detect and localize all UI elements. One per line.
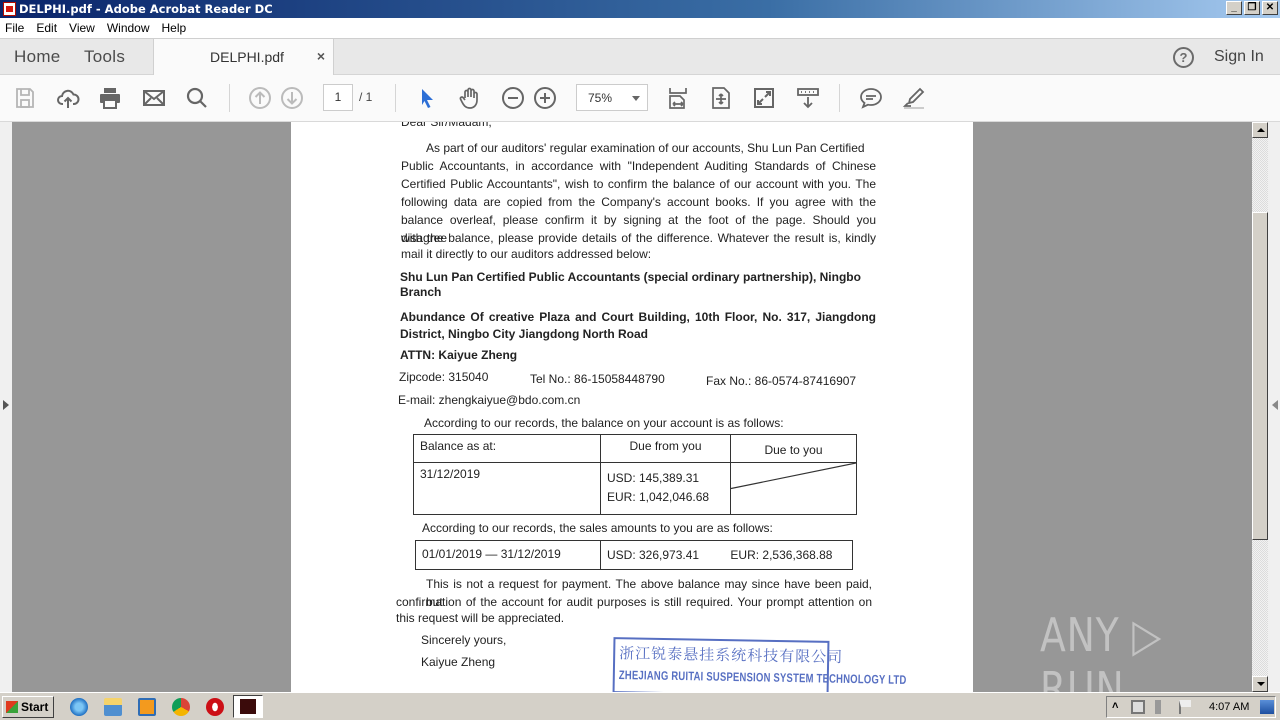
internet-explorer-icon[interactable] bbox=[70, 698, 88, 716]
toolbar-separator bbox=[839, 84, 840, 112]
select-cursor-icon[interactable] bbox=[414, 85, 440, 111]
auditor-address: Abundance Of creative Plaza and Court Bu… bbox=[400, 308, 876, 326]
salutation: Dear Sir/Madam, bbox=[401, 122, 492, 131]
email: E-mail: zhengkaiyue@bdo.com.cn bbox=[398, 391, 580, 409]
opera-icon[interactable] bbox=[206, 698, 224, 716]
search-icon[interactable] bbox=[184, 85, 210, 111]
page-number-input[interactable]: 1 bbox=[323, 84, 353, 111]
next-page-icon[interactable] bbox=[279, 85, 305, 111]
previous-page-icon[interactable] bbox=[247, 85, 273, 111]
zoom-level-dropdown[interactable]: 75% bbox=[576, 84, 648, 111]
toolbar-separator bbox=[395, 84, 396, 112]
sales-usd: USD: 326,973.41 bbox=[607, 548, 699, 562]
fit-page-icon[interactable] bbox=[708, 85, 734, 111]
auditor-name: Branch bbox=[400, 283, 441, 301]
menu-file[interactable]: File bbox=[0, 18, 30, 38]
zoom-in-icon[interactable] bbox=[532, 85, 558, 111]
scroll-mode-icon[interactable] bbox=[795, 85, 821, 111]
due-from-eur: EUR: 1,042,046.68 bbox=[607, 488, 724, 507]
sales-table: 01/01/2019 — 31/12/2019 USD: 326,973.41 … bbox=[415, 540, 853, 570]
show-hidden-icons-icon[interactable]: ˄ bbox=[1112, 700, 1118, 712]
scroll-down-button[interactable] bbox=[1252, 676, 1268, 692]
close-tab-icon[interactable]: × bbox=[317, 48, 325, 64]
scroll-up-button[interactable] bbox=[1252, 122, 1268, 138]
zipcode: Zipcode: 315040 bbox=[399, 368, 488, 386]
windows-flag-icon bbox=[6, 701, 18, 713]
sales-amounts: USD: 326,973.41 EUR: 2,536,368.88 bbox=[601, 541, 853, 570]
balance-date: 31/12/2019 bbox=[414, 463, 601, 515]
hand-tool-icon[interactable] bbox=[457, 85, 483, 111]
intro-line: Certified Public Accountants", wish to c… bbox=[401, 175, 876, 193]
stamp-chinese-text: 浙江锐泰悬挂系统科技有限公司 bbox=[619, 642, 843, 667]
action-center-flag-icon[interactable] bbox=[1179, 700, 1191, 714]
intro-line: As part of our auditors' regular examina… bbox=[426, 139, 876, 157]
company-stamp: 浙江锐泰悬挂系统科技有限公司 ZHEJIANG RUITAI SUSPENSIO… bbox=[613, 637, 830, 692]
sales-eur: EUR: 2,536,368.88 bbox=[730, 548, 832, 562]
show-desktop-icon[interactable] bbox=[1260, 700, 1274, 714]
balance-header-due-to: Due to you bbox=[731, 435, 857, 463]
balance-due-from: USD: 145,389.31 EUR: 1,042,046.68 bbox=[601, 463, 731, 515]
zoom-out-icon[interactable] bbox=[500, 85, 526, 111]
window-title: DELPHI.pdf - Adobe Acrobat Reader DC bbox=[19, 0, 273, 18]
acrobat-app-icon bbox=[3, 2, 16, 16]
page-total: / 1 bbox=[359, 90, 372, 104]
menu-help[interactable]: Help bbox=[156, 18, 193, 38]
intro-line: Public Accountants, in accordance with "… bbox=[401, 157, 876, 175]
toolbar: 1 / 1 75% bbox=[0, 75, 1280, 122]
scrollbar-thumb[interactable] bbox=[1252, 212, 1268, 540]
menu-view[interactable]: View bbox=[63, 18, 101, 38]
chevron-down-icon bbox=[632, 96, 640, 101]
acrobat-icon bbox=[240, 699, 256, 714]
taskbar-acrobat-button[interactable] bbox=[233, 695, 263, 718]
vertical-scrollbar[interactable] bbox=[1252, 122, 1268, 692]
arrow-up-icon bbox=[1257, 128, 1265, 132]
email-icon[interactable] bbox=[141, 85, 167, 111]
fax: Fax No.: 86-0574-87416907 bbox=[706, 372, 856, 390]
system-tray: ˄ 4:07 AM bbox=[1106, 696, 1276, 718]
balance-due-to-empty bbox=[731, 463, 857, 515]
network-warning-icon[interactable] bbox=[1131, 700, 1145, 714]
auditor-name: Shu Lun Pan Certified Public Accountants… bbox=[400, 268, 861, 286]
pdf-page: Dear Sir/Madam, As part of our auditors'… bbox=[291, 122, 973, 692]
comment-icon[interactable] bbox=[858, 85, 884, 111]
minimize-button[interactable]: _ bbox=[1226, 1, 1242, 15]
signer-name: Kaiyue Zheng bbox=[421, 653, 495, 671]
help-icon[interactable]: ? bbox=[1173, 47, 1194, 68]
balance-header-date: Balance as at: bbox=[414, 435, 601, 463]
volume-icon[interactable] bbox=[1155, 700, 1167, 714]
clock[interactable]: 4:07 AM bbox=[1209, 701, 1249, 713]
sign-in-link[interactable]: Sign In bbox=[1214, 48, 1264, 66]
left-panel-toggle-icon[interactable] bbox=[3, 400, 9, 410]
balance-header-due-from: Due from you bbox=[601, 435, 731, 463]
zoom-level-value: 75% bbox=[588, 91, 612, 105]
save-icon[interactable] bbox=[12, 85, 38, 111]
tab-bar: Home Tools DELPHI.pdf × ? Sign In bbox=[0, 38, 1280, 75]
sales-intro: According to our records, the sales amou… bbox=[422, 519, 773, 537]
closing-line: this request will be appreciated. bbox=[396, 609, 564, 627]
menu-window[interactable]: Window bbox=[101, 18, 156, 38]
menu-edit[interactable]: Edit bbox=[30, 18, 63, 38]
start-label: Start bbox=[21, 700, 48, 714]
sign-off: Sincerely yours, bbox=[421, 631, 506, 649]
taskbar: Start ˄ 4:07 AM bbox=[0, 692, 1280, 720]
media-player-icon[interactable] bbox=[138, 698, 156, 716]
document-viewer: Dear Sir/Madam, As part of our auditors'… bbox=[0, 122, 1280, 692]
upload-cloud-icon[interactable] bbox=[55, 85, 81, 111]
attention-line: ATTN: Kaiyue Zheng bbox=[400, 346, 517, 364]
tab-home[interactable]: Home bbox=[14, 39, 61, 75]
chrome-icon[interactable] bbox=[172, 698, 190, 716]
menu-bar: File Edit View Window Help bbox=[0, 18, 1280, 38]
highlight-pen-icon[interactable] bbox=[901, 85, 927, 111]
intro-line: mail it directly to our auditors address… bbox=[401, 245, 651, 263]
document-tab-label: DELPHI.pdf bbox=[210, 49, 284, 65]
restore-button[interactable]: ❐ bbox=[1244, 1, 1260, 15]
document-canvas: Dear Sir/Madam, As part of our auditors'… bbox=[12, 122, 1252, 692]
arrow-down-icon bbox=[1257, 682, 1265, 686]
start-button[interactable]: Start bbox=[2, 696, 54, 718]
sales-period: 01/01/2019 — 31/12/2019 bbox=[416, 541, 601, 570]
close-window-button[interactable]: ✕ bbox=[1262, 1, 1278, 15]
due-from-usd: USD: 145,389.31 bbox=[607, 469, 724, 488]
fit-width-icon[interactable] bbox=[665, 85, 691, 111]
balance-table: Balance as at: Due from you Due to you 3… bbox=[413, 434, 857, 515]
right-panel-toggle-icon[interactable] bbox=[1272, 400, 1278, 410]
tab-document[interactable]: DELPHI.pdf × bbox=[153, 39, 334, 76]
auditor-address: District, Ningbo City Jiangdong North Ro… bbox=[400, 325, 648, 343]
title-bar: DELPHI.pdf - Adobe Acrobat Reader DC _ ❐… bbox=[0, 0, 1280, 18]
stamp-english-text: ZHEJIANG RUITAI SUSPENSION SYSTEM TECHNO… bbox=[619, 669, 907, 688]
full-screen-icon[interactable] bbox=[751, 85, 777, 111]
tab-tools[interactable]: Tools bbox=[84, 39, 125, 75]
balance-intro: According to our records, the balance on… bbox=[424, 414, 784, 432]
print-icon[interactable] bbox=[97, 85, 123, 111]
intro-line: following data are copied from the Compa… bbox=[401, 193, 876, 211]
toolbar-separator bbox=[229, 84, 230, 112]
file-explorer-icon[interactable] bbox=[104, 698, 122, 716]
telephone: Tel No.: 86-15058448790 bbox=[530, 370, 665, 388]
